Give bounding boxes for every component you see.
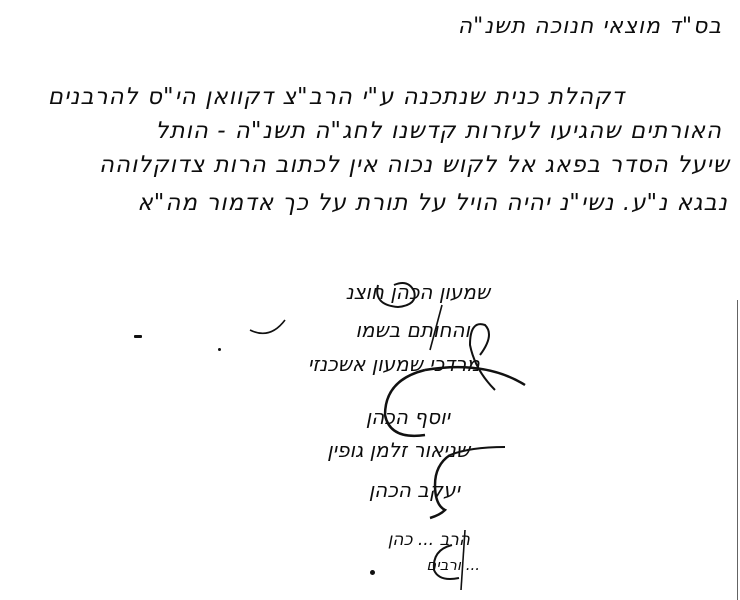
scan-speck [370,570,375,575]
signature-1: שמעון הכהן חוצנ [346,280,490,304]
page-edge-line [737,300,738,600]
signature-7: הרב ... כהן [388,530,470,550]
scanned-document-page: בס"ד מוצאי חנוכה תשנ"ה דקהלת כנית שנתכנה… [0,0,740,600]
scan-speck [218,348,221,351]
signature-8: ... ורבים [426,556,480,574]
signature-5: שניאור זלמן גופין [327,438,470,462]
scan-speck [134,335,142,338]
signature-2: והחותם בשמו [355,318,470,342]
signature-6: יעקב הכהן [369,478,460,502]
body-line-3: שיעל הסדר בפאג אל לקוש נכוה אין לכתוב הר… [99,152,730,178]
signature-3: מרדכי שמעון אשכנזי [308,352,480,376]
body-line-1: דקהלת כנית שנתכנה ע"י הרב"צ דקוואן הי"ס … [48,84,625,110]
body-line-4: נבגא נ"ע. נשי"נ יהיה הויל על תורת על כך … [137,190,728,216]
signature-4: יוסף הכהן [366,405,450,429]
body-line-2: האורתים שהגיעו לעזרות קדשנו לחג"ה תשנ"ה … [155,118,722,144]
document-header-date: בס"ד מוצאי חנוכה תשנ"ה [458,14,722,39]
